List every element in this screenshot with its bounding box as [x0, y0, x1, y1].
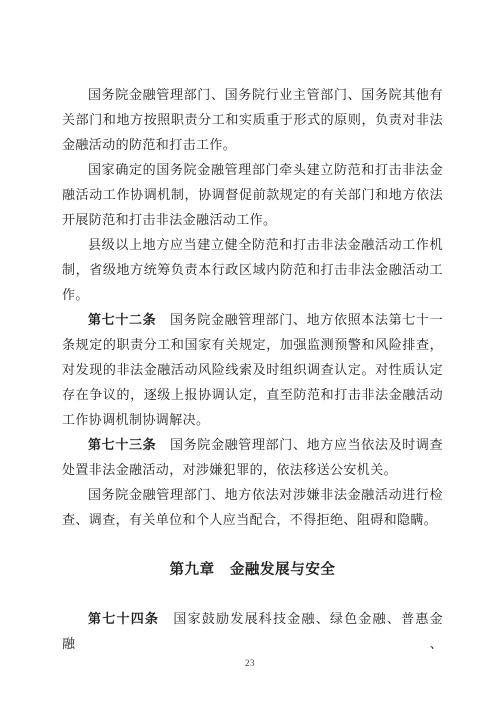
- text-line: 作。: [62, 282, 443, 307]
- after-heading-paragraphs: 第七十四条 国家鼓励发展科技金融、绿色金融、普惠金融、: [62, 606, 443, 631]
- text-line: 县级以上地方应当建立健全防范和打击非法金融活动工作机: [62, 232, 443, 257]
- text-line: 第七十四条 国家鼓励发展科技金融、绿色金融、普惠金融、: [62, 606, 443, 631]
- text-line: 第七十二条 国务院金融管理部门、地方依照本法第七十一: [62, 307, 443, 332]
- paragraph: 国务院金融管理部门、地方依法对涉嫌非法金融活动进行检查、调查，有关单位和个人应当…: [62, 482, 443, 532]
- text-line: 工作协调机制协调解决。: [62, 407, 443, 432]
- paragraph: 县级以上地方应当建立健全防范和打击非法金融活动工作机制，省级地方统筹负责本行政区…: [62, 232, 443, 307]
- article-number: 第七十二条: [88, 312, 156, 327]
- text-line: 存在争议的，逐级上报协调认定，直至防范和打击非法金融活动: [62, 382, 443, 407]
- chapter-heading: 第九章 金融发展与安全: [62, 558, 443, 583]
- page-number: 23: [0, 658, 500, 668]
- article-paragraph: 第七十二条 国务院金融管理部门、地方依照本法第七十一条规定的职责分工和国家有关规…: [62, 307, 443, 432]
- text-line: 对发现的非法金融活动风险线索及时组织调查认定。对性质认定: [62, 357, 443, 382]
- text-line: 处置非法金融活动，对涉嫌犯罪的，依法移送公安机关。: [62, 457, 443, 482]
- text-line: 关部门和地方按照职责分工和实质重于形式的原则，负责对非法: [62, 107, 443, 132]
- text-block: 国务院金融管理部门、国务院行业主管部门、国务院其他有关部门和地方按照职责分工和实…: [62, 82, 443, 631]
- text-line: 金融活动的防范和打击工作。: [62, 132, 443, 157]
- text-line: 条规定的职责分工和国家有关规定，加强监测预警和风险排查，: [62, 332, 443, 357]
- text-line: 国务院金融管理部门、地方依法对涉嫌非法金融活动进行检: [62, 482, 443, 507]
- article-number: 第七十四条: [88, 611, 159, 626]
- paragraph: 国务院金融管理部门、国务院行业主管部门、国务院其他有关部门和地方按照职责分工和实…: [62, 82, 443, 157]
- text-line: 开展防范和打击非法金融活动工作。: [62, 207, 443, 232]
- text-line: 国务院金融管理部门、国务院行业主管部门、国务院其他有: [62, 82, 443, 107]
- text-line: 第七十三条 国务院金融管理部门、地方应当依法及时调查: [62, 432, 443, 457]
- text-line: 制，省级地方统筹负责本行政区域内防范和打击非法金融活动工: [62, 257, 443, 282]
- document-page: 国务院金融管理部门、国务院行业主管部门、国务院其他有关部门和地方按照职责分工和实…: [0, 0, 500, 707]
- text-line: 国家确定的国务院金融管理部门牵头建立防范和打击非法金: [62, 157, 443, 182]
- text-line: 融活动工作协调机制，协调督促前款规定的有关部门和地方依法: [62, 182, 443, 207]
- text-line: 查、调查，有关单位和个人应当配合，不得拒绝、阻碍和隐瞒。: [62, 507, 443, 532]
- article-paragraph: 第七十三条 国务院金融管理部门、地方应当依法及时调查处置非法金融活动，对涉嫌犯罪…: [62, 432, 443, 482]
- article-paragraph: 第七十四条 国家鼓励发展科技金融、绿色金融、普惠金融、: [62, 606, 443, 631]
- article-number: 第七十三条: [88, 437, 156, 452]
- paragraph: 国家确定的国务院金融管理部门牵头建立防范和打击非法金融活动工作协调机制，协调督促…: [62, 157, 443, 232]
- body-paragraphs: 国务院金融管理部门、国务院行业主管部门、国务院其他有关部门和地方按照职责分工和实…: [62, 82, 443, 532]
